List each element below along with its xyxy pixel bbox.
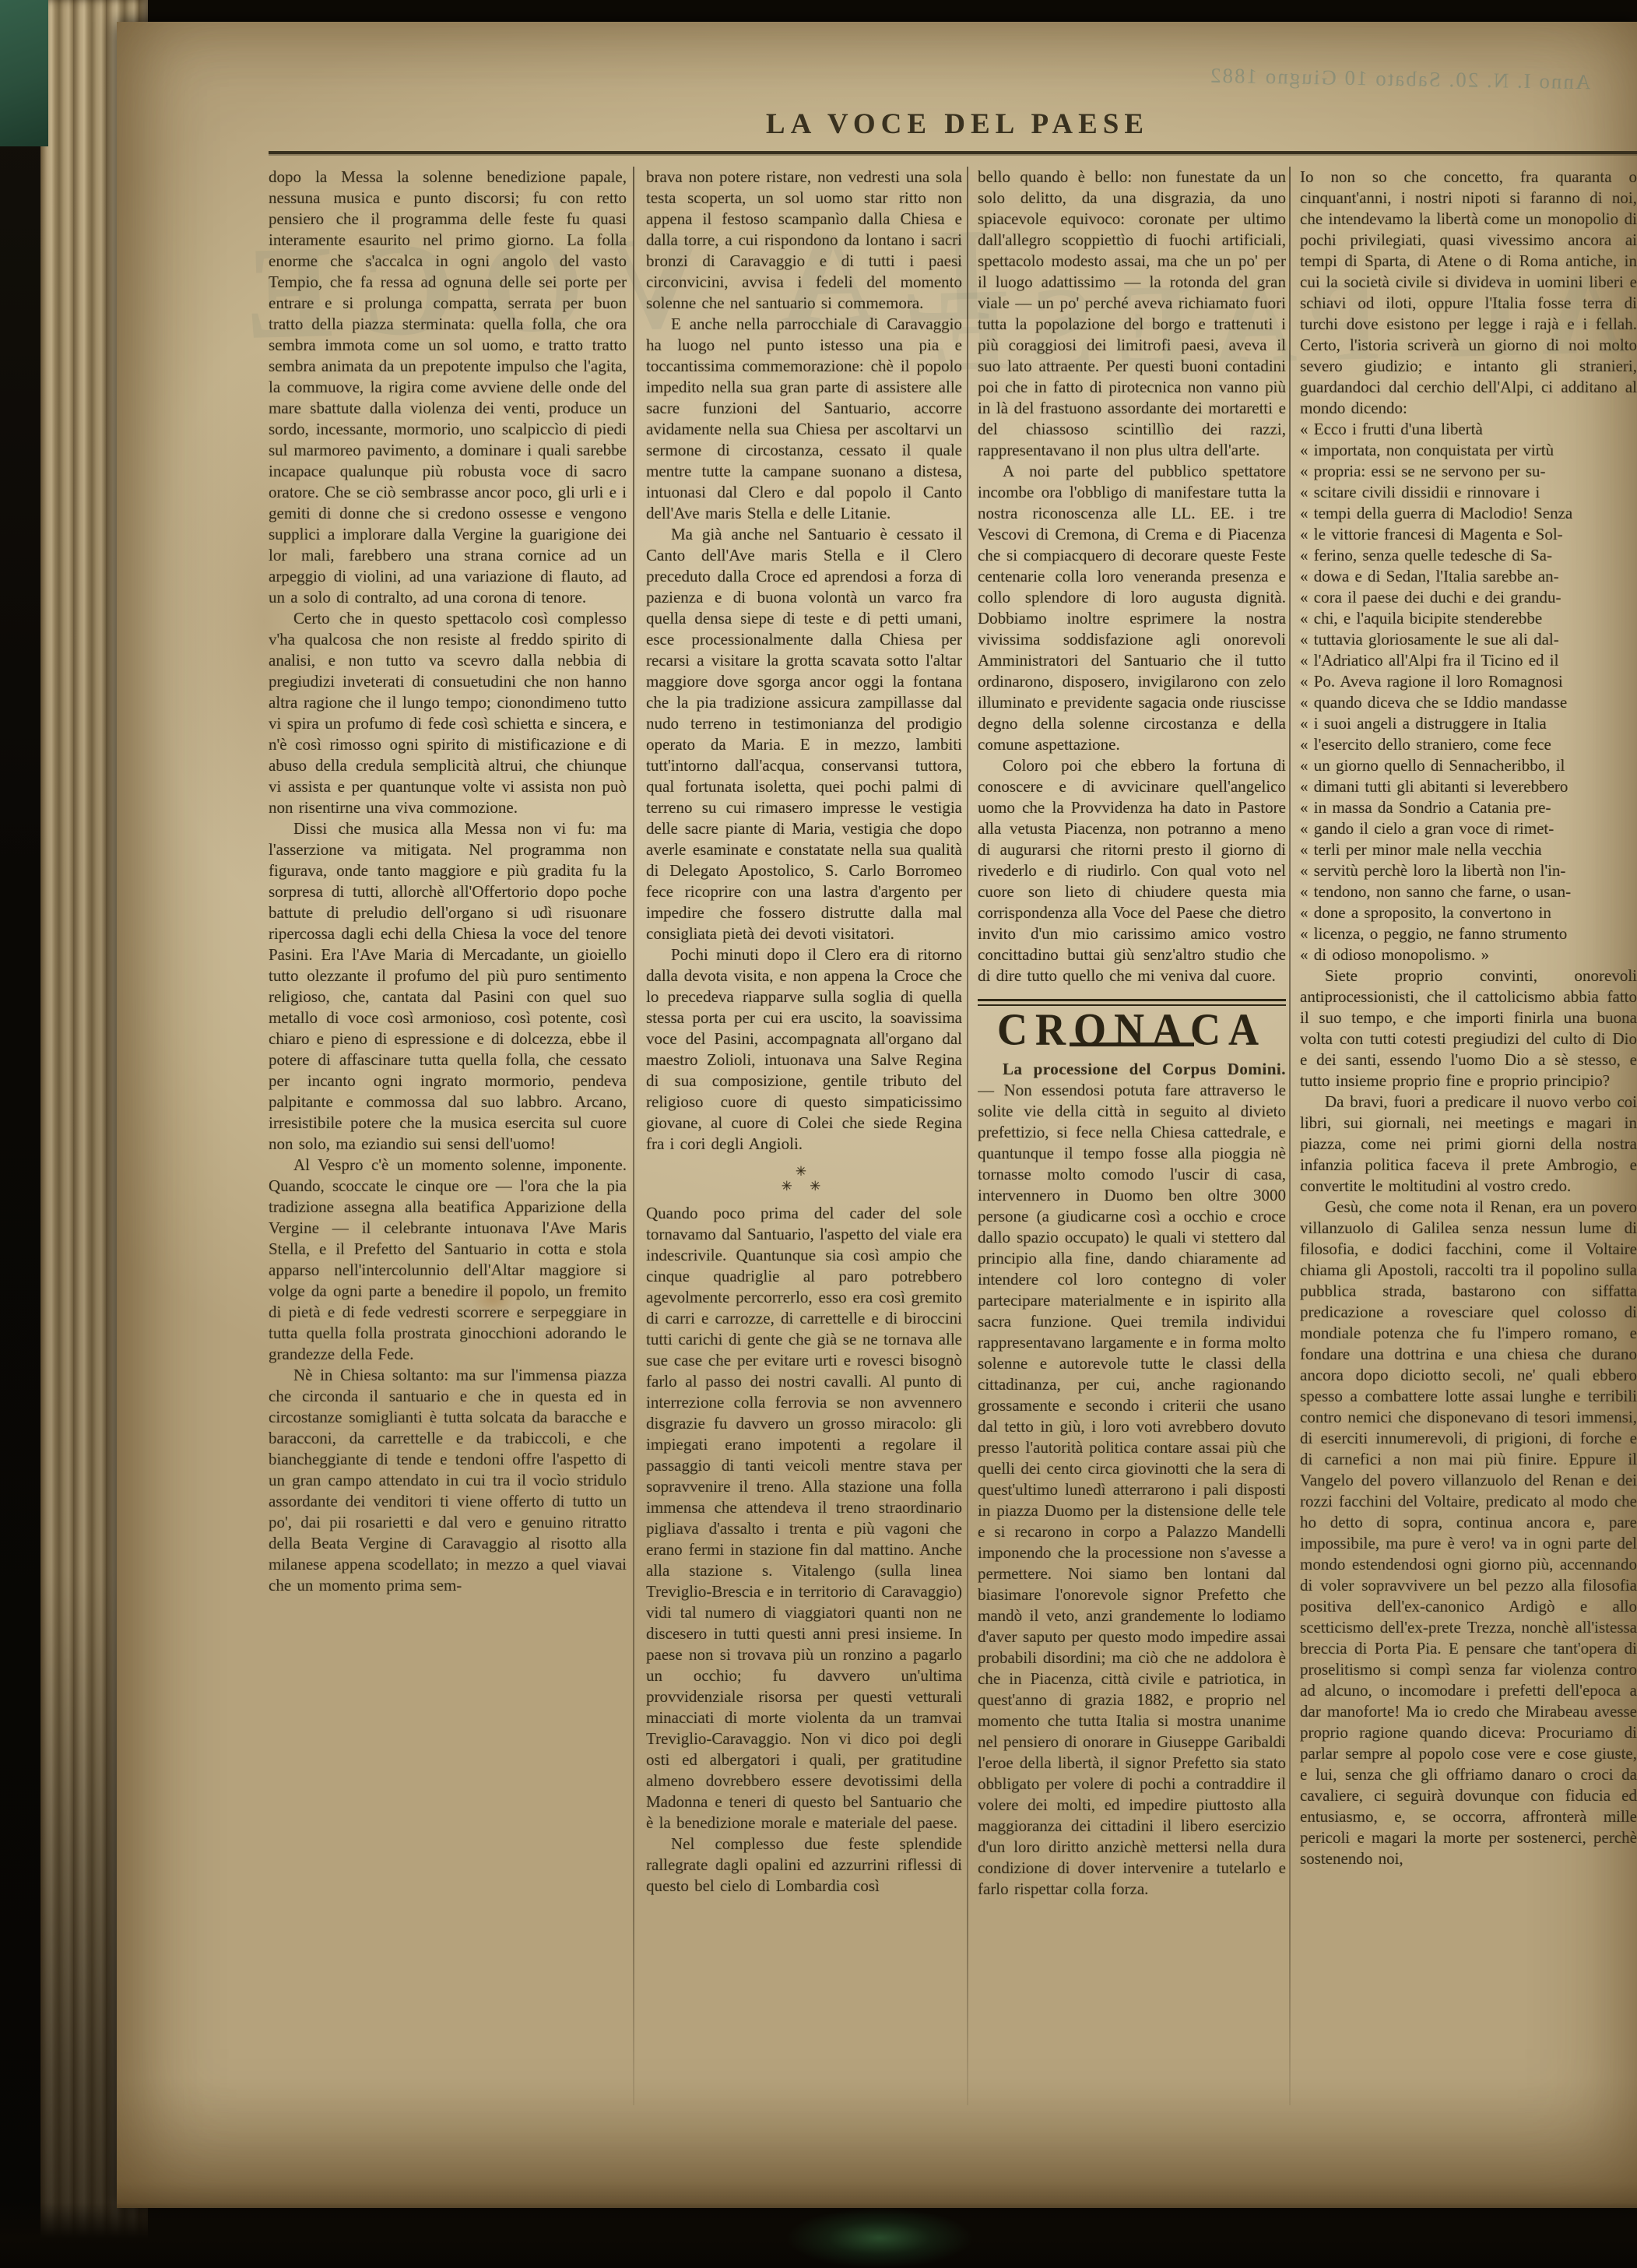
body-paragraph: Pochi minuti dopo il Clero era di ritorn… [646,944,962,1155]
book-binding-strip [0,0,42,2268]
masthead-rule [269,151,1637,154]
body-paragraph: bello quando è bello: non funestate da u… [978,167,1286,461]
column-divider [1289,167,1291,2105]
body-paragraph: Io non so che concetto, fra quaranta o c… [1300,167,1637,419]
body-paragraph: dopo la Messa la solenne benedizione pap… [269,167,627,608]
body-paragraph: Nel complesso due feste splendide ralleg… [646,1834,962,1897]
body-paragraph: Dissi che musica alla Messa non vi fu: m… [269,818,627,1155]
body-paragraph: A noi parte del pubblico spettatore inco… [978,461,1286,755]
newspaper-page: LA VOCE AL PAESE Anno I. N. 20. Sabato 1… [117,22,1637,2208]
asterisk-separator: ✳ ✳ ✳ [646,1164,962,1194]
body-paragraph: Da bravi, fuori a predicare il nuovo ver… [1300,1092,1637,1197]
body-paragraph: Ma già anche nel Santuario è cessato il … [646,524,962,944]
body-paragraph: Al Vespro c'è un momento solenne, impone… [269,1155,627,1365]
body-paragraph: Quando poco prima del cader del sole tor… [646,1203,962,1834]
column-divider [633,167,634,2105]
body-paragraph: Gesù, che come nota il Renan, era un pov… [1300,1197,1637,1869]
newspaper-masthead-title: LA VOCE DEL PAESE [732,107,1183,141]
showthrough-issue-ghost: Anno I. N. 20. Sabato 10 Giugno 1882 [1208,64,1590,95]
body-paragraph: brava non potere ristare, non vedresti u… [646,167,962,314]
binding-cover-corner-top-left [0,0,48,146]
scanned-newspaper-photo: { "masthead": "LA VOCE DEL PAESE", "ghos… [0,0,1637,2268]
body-paragraph: Nè in Chiesa soltanto: ma sur l'immensa … [269,1365,627,1596]
binding-green-glow [786,2208,973,2268]
body-paragraph: Siete proprio convinti, onorevoli antipr… [1300,965,1637,1092]
text-column-2: brava non potere ristare, non vedresti u… [646,167,962,2117]
column-divider [967,167,968,2105]
section-heading-block: CRONACA [978,999,1286,1046]
text-column-4: Io non so che concetto, fra quaranta o c… [1300,167,1637,2117]
lead-paragraph: La processione del Corpus Domini. — Non … [978,1059,1286,1900]
text-column-3: bello quando è bello: non funestate da u… [978,167,1286,2117]
section-title: CRONACA [978,1018,1286,1041]
body-paragraph: E anche nella parrocchiale di Caravaggio… [646,314,962,524]
quoted-passage: « Ecco i frutti d'una libertà « importat… [1300,419,1637,965]
body-paragraph: Certo che in questo spettacolo così comp… [269,608,627,818]
text-column-1: dopo la Messa la solenne benedizione pap… [269,167,627,2117]
body-paragraph: Coloro poi che ebbero la fortuna di cono… [978,755,1286,986]
